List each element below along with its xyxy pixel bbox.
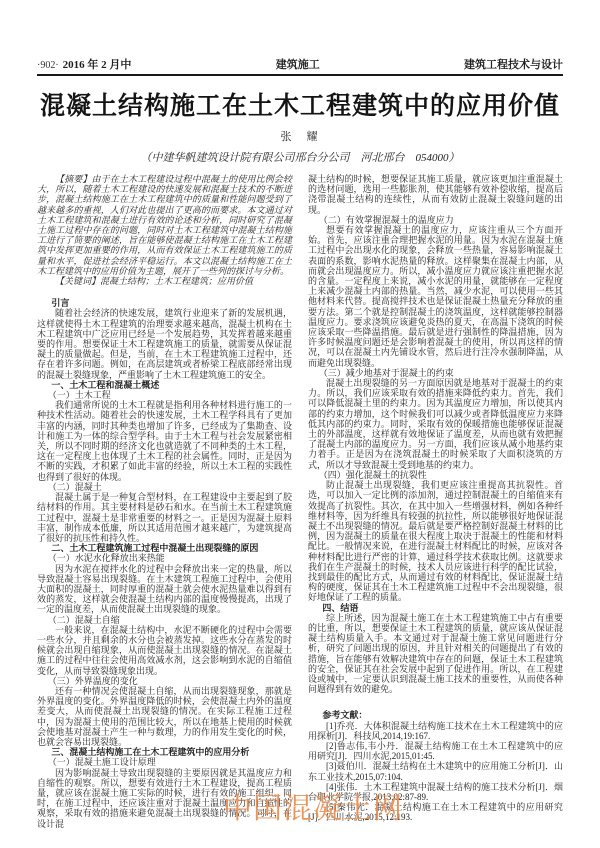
watermark: 中国混凝土网 [223,786,403,827]
subsection-heading: （一）土木工程 [37,390,292,400]
subsection-heading: （二）混凝土自缩 [37,615,292,625]
article-body: 【摘要】由于在土木工程建设过程中混凝土的使用比例会较大，所以，随着土木工程建设的… [37,174,563,828]
references-heading: 参考文献： [308,710,563,720]
author-name: 张 耀 [0,128,600,144]
header-rule [37,74,563,76]
paragraph: 还有一种情况会使混凝土自缩，从而出现裂缝现象，那就是外界温度的变化。外界温度降低… [37,686,292,747]
paragraph: 随着社会经济的快速发展，建筑行业迎来了新的发展机遇，这样就使得土木工程建筑的治理… [37,308,292,379]
section-name: 建筑工程技术与设计 [464,56,563,72]
section-heading: 一、土木工程和混凝土概述 [37,380,292,390]
section-heading: 引言 [37,298,292,308]
issue-date: 2016 年 2 月中 [63,56,132,72]
section-heading: 四、结语 [308,603,563,613]
paragraph: 我们通常所说的土木工程就是指利用各种材料进行施工的一种技术性活动。随着社会的快速… [37,400,292,482]
paragraph: 因为水泥在搅拌水化的过程中会释放出来一定的热量，所以导致混凝土容易出现裂缝。在土… [37,564,292,615]
keywords: 【关键词】混凝土结构；土木工程建筑；应用价值 [37,276,292,286]
page-number: ·902· [37,60,59,71]
subsection-heading: （三）减少地基对于混凝土的约束 [308,368,563,378]
subsection-heading: （一）混凝土施工设计原理 [37,757,292,767]
paragraph-continuation: 凝土结构的时候，想要保证其施工质量，就应该更加注重混凝土的选材问题，选用一些膨胀… [308,174,563,215]
paper-page: ·902· 2016 年 2 月中 建筑施工 建筑工程技术与设计 混凝土结构施工… [0,0,600,848]
paragraph: 一般来说，在混凝土结构中，水泥不断硬化的过程中会需要一些水分，并且剩余的水分也会… [37,625,292,676]
left-column: 【摘要】由于在土木工程建设过程中混凝土的使用比例会较大，所以，随着土木工程建设的… [37,174,292,828]
paragraph: 混凝土属于是一种复合型材料，在工程建设中主要起到了胶结材料的作用。其主要材料是砂… [37,492,292,543]
section-heading: 二、土木工程建筑施工过程中混凝土出现裂缝的原因 [37,543,292,553]
article-title: 混凝土结构施工在土木工程建筑中的应用价值 [0,86,600,122]
journal-header: ·902· 2016 年 2 月中 建筑施工 建筑工程技术与设计 [37,56,563,72]
paragraph: 混凝土出现裂缝的另一方面原因就是地基对于混凝土的约束力。所以，我们应该采取有效的… [308,378,563,470]
right-column: 凝土结构的时候，想要保证其施工质量，就应该更加注重混凝土的选材问题，选用一些膨胀… [308,174,563,828]
author-affiliation: （中建华帆建筑设计院有限公司邢台分公司 河北邢台 054000） [0,149,600,165]
journal-name: 建筑施工 [276,56,320,72]
subsection-heading: （一）水泥水化释放出来热能 [37,553,292,563]
subsection-heading: （三）外界温度的变化 [37,676,292,686]
subsection-heading: （二）混凝土 [37,482,292,492]
reference-item: [2]鲁志伟,韦小丹．混凝土结构施工在土木工程建筑中的应用研究[J]．四川水泥,… [308,741,563,761]
paragraph: 想要有效掌握混凝土的温度应力，应该注重从三个方面开始。首先，应该注重合理把握水泥… [308,225,563,368]
subsection-heading: （四）强化混凝土的抗裂性 [308,470,563,480]
section-heading: 三、混凝土结构施工在土木工程建筑中的应用分析 [37,747,292,757]
reference-item: [1]乔亮．大体积混凝土结构施工技术在土木工程建筑中的应用探析[J]．科技风,2… [308,721,563,741]
abstract: 【摘要】由于在土木工程建设过程中混凝土的使用比例会较大，所以，随着土木工程建设的… [37,174,292,276]
reference-item: [3]聂伯川．混凝土结构在土木建筑中的应用施工分析[J]．山东工业技术,2015… [308,761,563,781]
paragraph: 综上所述，因为混凝土施工在土木工程建筑施工中占有重要的比重，所以，想要保证土木工… [308,613,563,695]
subsection-heading: （二）有效掌握混凝土的温度应力 [308,215,563,225]
header-left: ·902· 2016 年 2 月中 [37,56,131,72]
paragraph: 防止混凝土出现裂缝，我们更应该注重提高其抗裂性。首选，可以加入一定比例的添加剂，… [308,480,563,602]
